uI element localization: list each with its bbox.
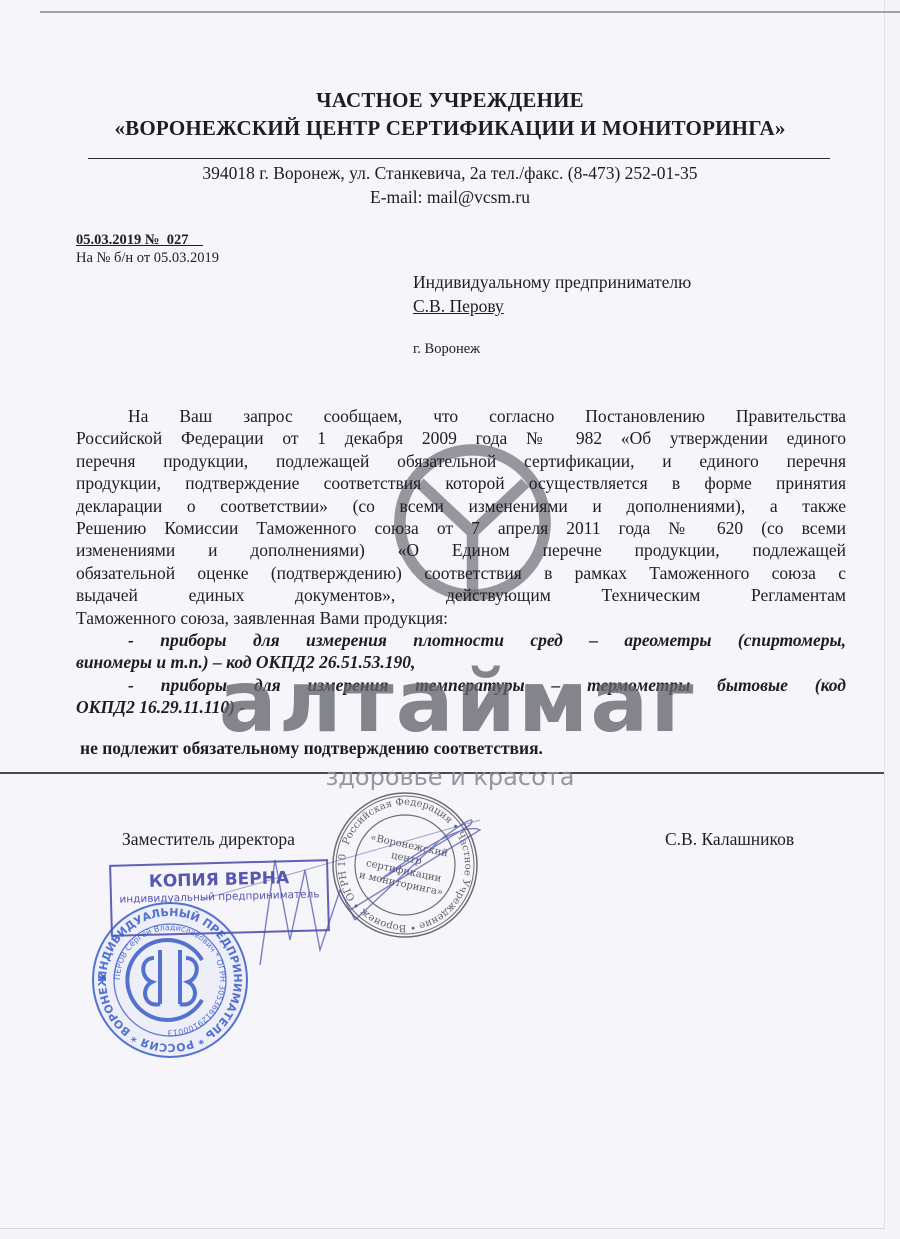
scan-edge-line	[40, 11, 900, 13]
body-line: На Ваш запрос сообщаем, что согласно Пос…	[76, 405, 846, 427]
body-line: перечня продукции, подлежащей обязательн…	[76, 450, 846, 472]
body-line: Таможенного союза, заявленная Вами проду…	[76, 607, 846, 629]
incoming-reference: На № б/н от 05.03.2019	[76, 250, 219, 267]
org-type: ЧАСТНОЕ УЧРЕЖДЕНИЕ	[0, 88, 900, 113]
document-page: ЧАСТНОЕ УЧРЕЖДЕНИЕ «ВОРОНЕЖСКИЙ ЦЕНТР СЕ…	[0, 0, 885, 1229]
product-item-2-line2: ОКПД2 16.29.11.110) -	[76, 696, 846, 718]
body-line: Российской Федерации от 1 декабря 2009 г…	[76, 427, 846, 449]
signer-name: С.В. Калашников	[665, 829, 794, 850]
outgoing-reference: 05.03.2019 № 027	[76, 232, 203, 249]
svg-text:центр: центр	[390, 850, 423, 867]
body-line: выдачей единых документов», действующим …	[76, 584, 846, 606]
product-item-1-line2: виномеры и т.п.) – код ОКПД2 26.51.53.19…	[76, 651, 846, 673]
svg-text:ПЕРОВ Сергей Владиславович * О: ПЕРОВ Сергей Владиславович * ОГРН 305366…	[113, 923, 227, 1037]
organization-seal-icon: Российская Федерация • Частное Учреждени…	[316, 776, 494, 954]
address-line: 394018 г. Воронеж, ул. Станкевича, 2а те…	[0, 163, 900, 184]
body-line: декларации о соответствии» (со всеми изм…	[76, 495, 846, 517]
letter-body: На Ваш запрос сообщаем, что согласно Пос…	[76, 405, 846, 719]
svg-text:«Воронежский: «Воронежский	[369, 832, 449, 859]
product-item-2-line1: - приборы для измерения температуры – те…	[76, 674, 846, 696]
watermark-tagline: здоровье и красота	[300, 763, 600, 791]
letterhead-divider	[88, 158, 830, 159]
recipient-city: г. Воронеж	[413, 341, 480, 358]
body-line: продукции, подтверждение соответствия ко…	[76, 472, 846, 494]
conclusion: не подлежит обязательному подтверждению …	[80, 738, 543, 759]
svg-text:и мониторинга»: и мониторинга»	[358, 870, 444, 899]
svg-text:сертификации: сертификации	[365, 858, 443, 885]
body-line: Решению Комиссии Таможенного союза от 7 …	[76, 517, 846, 539]
recipient-title: Индивидуальному предпринимателю	[413, 272, 691, 293]
signer-position: Заместитель директора	[122, 829, 295, 850]
body-line: обязательной оценке (подтверждению) соот…	[76, 562, 846, 584]
body-line: изменениями и дополнениями) «О Едином пе…	[76, 539, 846, 561]
recipient-name: С.В. Перову	[413, 296, 504, 317]
svg-text:Российская Федерация • Частное: Российская Федерация • Частное Учреждени…	[316, 776, 489, 946]
email-line: E-mail: mail@vcsm.ru	[0, 187, 900, 208]
copy-certified-stamp: КОПИЯ ВЕРНА индивидуальный предпринимате…	[109, 859, 330, 937]
org-name: «ВОРОНЕЖСКИЙ ЦЕНТР СЕРТИФИКАЦИИ И МОНИТО…	[0, 116, 900, 141]
product-item-1-line1: - приборы для измерения плотности сред –…	[76, 629, 846, 651]
body-divider	[0, 772, 884, 774]
